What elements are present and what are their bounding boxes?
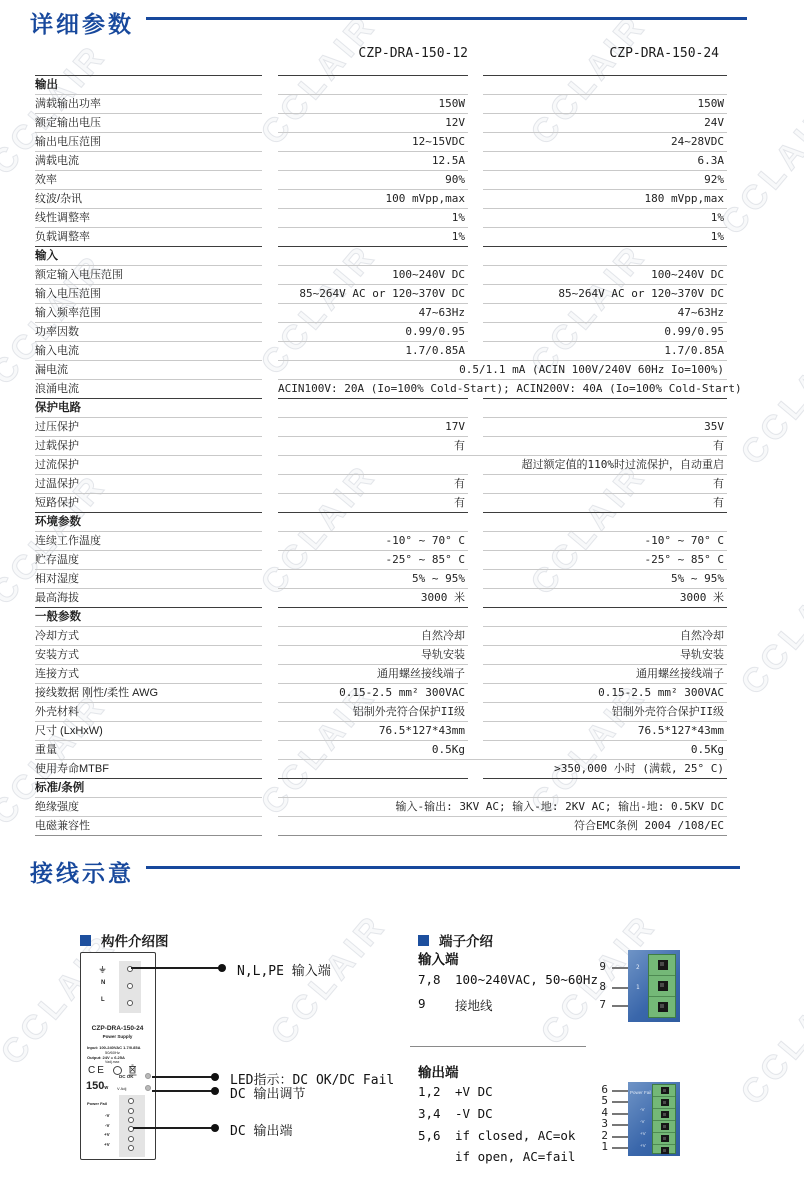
row-label: 输出 (35, 75, 262, 94)
row-value: 76.5*127*43mm (483, 721, 727, 740)
power-fail-label: Power Fail (87, 1101, 107, 1106)
row-value: 24~28VDC (483, 132, 727, 151)
row-value (483, 512, 727, 531)
row-value: 150W (278, 94, 468, 113)
ac-label-l: L (101, 997, 105, 1003)
row-value: 1% (278, 227, 468, 246)
row-label: 冷却方式 (35, 626, 262, 645)
section-title-wiring: 接线示意 (30, 855, 134, 888)
column-header-model-24: CZP-DRA-150-24 (483, 46, 719, 61)
row-value: 0.99/0.95 (278, 322, 468, 341)
row-value: 有 (483, 493, 727, 512)
row-label: 使用寿命MTBF (35, 759, 262, 778)
row-value: 76.5*127*43mm (278, 721, 468, 740)
dc-label: +V (104, 1142, 110, 1147)
row-value: 3000 米 (278, 588, 468, 607)
row-value: 35V (483, 417, 727, 436)
watermark-text: CCLAIR (263, 906, 395, 1052)
table-row: 功率因数0.99/0.950.99/0.95 (35, 322, 727, 341)
row-value: -25° ~ 85° C (483, 550, 727, 569)
table-row: 安装方式导轨安装导轨安装 (35, 645, 727, 664)
ac-terminal-screw (127, 983, 133, 989)
terminal-divider (410, 1046, 586, 1047)
row-value-span: ACIN100V: 20A (Io=100% Cold-Start); ACIN… (278, 379, 727, 398)
photo-pin-digit: 1 (636, 984, 640, 991)
blue-square-bullet-icon (80, 935, 91, 946)
table-row: 连接方式通用螺丝接线端子通用螺丝接线端子 (35, 664, 727, 683)
pin-numbers: 1,2 (418, 1084, 441, 1099)
table-row: 负载调整率1%1% (35, 227, 727, 246)
row-label: 绝缘强度 (35, 797, 262, 816)
callout-label: DC 输出调节 (230, 1083, 305, 1102)
row-value: -10° ~ 70° C (483, 531, 727, 550)
watermark-text: CCLAIR (733, 556, 804, 702)
pin-description: 100~240VAC, 50~60Hz (455, 972, 598, 987)
row-value: 100 mVpp,max (278, 189, 468, 208)
pin-description: +V DC (455, 1084, 493, 1099)
row-value: -10° ~ 70° C (278, 531, 468, 550)
row-label: 额定输入电压范围 (35, 265, 262, 284)
dc-terminal-screw (128, 1136, 134, 1142)
table-row: 冷却方式自然冷却自然冷却 (35, 626, 727, 645)
row-value: 92% (483, 170, 727, 189)
watermark-text: CCLAIR (733, 966, 804, 1112)
row-value-span: >350,000 小时 (满载, 25° C) (278, 759, 727, 778)
row-label: 功率因数 (35, 322, 262, 341)
callout-line (152, 1076, 215, 1078)
dc-ok-led-icon (145, 1073, 151, 1079)
table-row: 额定输入电压范围100~240V DC100~240V DC (35, 265, 727, 284)
table-row: 输入电流1.7/0.85A1.7/0.85A (35, 341, 727, 360)
table-row: 输入频率范围47~63Hz47~63Hz (35, 303, 727, 322)
terminal-block (652, 1084, 676, 1154)
row-value: 47~63Hz (278, 303, 468, 322)
terminal-block (648, 954, 676, 1018)
watermark-text: CCLAIR (733, 326, 804, 472)
ce-mark-icon: CE (88, 1065, 106, 1076)
pin-description: if open, AC=fail (455, 1149, 575, 1164)
callout-label: DC 输出端 (230, 1120, 292, 1139)
table-row: 纹波/杂讯100 mVpp,max180 mVpp,max (35, 189, 727, 208)
row-label: 标准/条例 (35, 778, 262, 797)
row-label: 尺寸 (LxHxW) (35, 721, 262, 740)
row-value: 自然冷却 (278, 626, 468, 645)
row-label: 满载电流 (35, 151, 262, 170)
callout-label: N,L,PE 输入端 (237, 960, 331, 979)
dc-label: -V (105, 1123, 110, 1128)
row-label: 过温保护 (35, 474, 262, 493)
pin-callout-number: 1 (594, 1140, 608, 1153)
earth-ground-icon (99, 966, 106, 973)
pin-numbers: 7,8 (418, 972, 441, 987)
row-value: 12.5A (278, 151, 468, 170)
subheading-component-label: 构件介绍图 (101, 930, 169, 950)
row-value: 100~240V DC (278, 265, 468, 284)
dc-terminal-screw (128, 1108, 134, 1114)
row-value (483, 778, 727, 797)
row-value: 90% (278, 170, 468, 189)
row-value: 1.7/0.85A (278, 341, 468, 360)
row-value-span: 输入-输出: 3KV AC; 输入-地: 2KV AC; 输出-地: 0.5KV… (278, 797, 727, 816)
photo-pin-label: -V (640, 1119, 645, 1124)
row-label: 纹波/杂讯 (35, 189, 262, 208)
table-row: 环境参数 (35, 512, 727, 531)
row-value: 0.15-2.5 mm² 300VAC (278, 683, 468, 702)
row-label: 接线数据 刚性/柔性 AWG (35, 683, 262, 702)
row-value: 1% (278, 208, 468, 227)
table-row: 过流保护超过额定值的110%时过流保护，自动重启 (35, 455, 727, 474)
row-value: 17V (278, 417, 468, 436)
table-row: 满载输出功率150W150W (35, 94, 727, 113)
table-row: 标准/条例 (35, 778, 727, 797)
v-adj-label: V Adj (117, 1086, 126, 1091)
row-value: 180 mVpp,max (483, 189, 727, 208)
row-label: 输入电压范围 (35, 284, 262, 303)
device-vadj-note: Vadj.max (105, 1060, 119, 1064)
row-value: 通用螺丝接线端子 (483, 664, 727, 683)
row-label: 输出电压范围 (35, 132, 262, 151)
row-value: 有 (278, 436, 468, 455)
row-value: 0.5Kg (278, 740, 468, 759)
callout-dot-icon (211, 1073, 219, 1081)
row-label: 线性调整率 (35, 208, 262, 227)
table-row: 过压保护17V35V (35, 417, 727, 436)
row-label: 效率 (35, 170, 262, 189)
row-value (278, 778, 468, 797)
output-terminal-heading: 输出端 (418, 1061, 459, 1081)
dc-label: -V (105, 1113, 110, 1118)
table-row: 漏电流0.5/1.1 mA (ACIN 100V/240V 60Hz Io=10… (35, 360, 727, 379)
dc-ok-label: DC OK (119, 1074, 134, 1079)
row-value: 85~264V AC or 120~370V DC (278, 284, 468, 303)
callout-dot-icon (218, 964, 226, 972)
row-value: 0.99/0.95 (483, 322, 727, 341)
row-value (483, 246, 727, 265)
row-value: 150W (483, 94, 727, 113)
ac-label-n: N (101, 980, 105, 986)
subheading-component-diagram: 构件介绍图 (80, 930, 169, 950)
row-value: 有 (278, 493, 468, 512)
row-value: 有 (483, 436, 727, 455)
row-value: 100~240V DC (483, 265, 727, 284)
section-title-detail-params: 详细参数 (30, 6, 134, 39)
v-adj-pot-icon (145, 1085, 151, 1091)
column-header-model-12: CZP-DRA-150-12 (278, 46, 468, 61)
callout-line (133, 1127, 215, 1129)
row-value: 有 (483, 474, 727, 493)
row-value: 1% (483, 227, 727, 246)
power-rating-value: 150 (86, 1080, 104, 1092)
row-value (483, 607, 727, 626)
row-label: 额定输出电压 (35, 113, 262, 132)
row-label: 外壳材料 (35, 702, 262, 721)
row-value: 6.3A (483, 151, 727, 170)
pin-description: if closed, AC=ok (455, 1128, 575, 1143)
row-value: 铝制外壳符合保护II级 (483, 702, 727, 721)
row-value (278, 246, 468, 265)
table-row: 过温保护有有 (35, 474, 727, 493)
pin-callout-number: 7 (592, 998, 606, 1011)
dc-label: +V (104, 1132, 110, 1137)
table-row: 过载保护有有 (35, 436, 727, 455)
row-label: 保护电路 (35, 398, 262, 417)
pin-description: 接地线 (455, 996, 493, 1014)
table-row: 保护电路 (35, 398, 727, 417)
input-terminal-photo: 2 1 (628, 950, 680, 1022)
row-label: 输入电流 (35, 341, 262, 360)
heading-rule (146, 17, 747, 20)
row-label: 输入 (35, 246, 262, 265)
row-value: 0.15-2.5 mm² 300VAC (483, 683, 727, 702)
row-label: 输入频率范围 (35, 303, 262, 322)
table-row: 绝缘强度输入-输出: 3KV AC; 输入-地: 2KV AC; 输出-地: 0… (35, 797, 727, 816)
row-value: 5% ~ 95% (483, 569, 727, 588)
pin-description: -V DC (455, 1106, 493, 1121)
spec-table: 输出满载输出功率150W150W额定输出电压12V24V输出电压范围12~15V… (35, 75, 727, 835)
row-label: 负载调整率 (35, 227, 262, 246)
row-value-span: 超过额定值的110%时过流保护，自动重启 (278, 455, 727, 474)
row-value: 24V (483, 113, 727, 132)
row-value: 导轨安装 (483, 645, 727, 664)
subheading-terminal-intro: 端子介绍 (418, 930, 493, 950)
callout-line (152, 1090, 215, 1092)
row-value: 1% (483, 208, 727, 227)
row-value (278, 75, 468, 94)
row-value: 12~15VDC (278, 132, 468, 151)
table-row: 效率90%92% (35, 170, 727, 189)
photo-pin-label: +V (640, 1143, 646, 1148)
ac-terminal-screw (127, 1000, 133, 1006)
table-row: 输入 (35, 246, 727, 265)
row-label: 贮存温度 (35, 550, 262, 569)
row-label: 满载输出功率 (35, 94, 262, 113)
row-label: 相对湿度 (35, 569, 262, 588)
photo-pin-label: Power Fail (630, 1090, 651, 1095)
pin-callout-number: 9 (592, 960, 606, 973)
device-model-label: CZP-DRA-150-24 (81, 1025, 154, 1032)
table-row: 外壳材料铝制外壳符合保护II级铝制外壳符合保护II级 (35, 702, 727, 721)
row-label: 最高海拔 (35, 588, 262, 607)
callout-dot-icon (211, 1087, 219, 1095)
table-row: 重量0.5Kg0.5Kg (35, 740, 727, 759)
row-value: 47~63Hz (483, 303, 727, 322)
row-label: 过流保护 (35, 455, 262, 474)
row-value: 铝制外壳符合保护II级 (278, 702, 468, 721)
table-row: 电磁兼容性符合EMC条例 2004 /108/EC (35, 816, 727, 835)
photo-pin-digit: 2 (636, 964, 640, 971)
dc-terminal-screw (128, 1117, 134, 1123)
table-row: 一般参数 (35, 607, 727, 626)
row-value: 导轨安装 (278, 645, 468, 664)
pin-numbers: 5,6 (418, 1128, 441, 1143)
table-row: 接线数据 刚性/柔性 AWG0.15-2.5 mm² 300VAC0.15-2.… (35, 683, 727, 702)
row-value: 通用螺丝接线端子 (278, 664, 468, 683)
table-row: 输入电压范围85~264V AC or 120~370V DC85~264V A… (35, 284, 727, 303)
row-value (278, 607, 468, 626)
row-label: 环境参数 (35, 512, 262, 531)
row-value: 3000 米 (483, 588, 727, 607)
subheading-terminal-label: 端子介绍 (439, 930, 493, 950)
pin-numbers: 3,4 (418, 1106, 441, 1121)
row-label: 过压保护 (35, 417, 262, 436)
row-label: 短路保护 (35, 493, 262, 512)
table-row: 额定输出电压12V24V (35, 113, 727, 132)
table-row: 最高海拔3000 米3000 米 (35, 588, 727, 607)
row-value (483, 398, 727, 417)
row-label: 浪涌电流 (35, 379, 262, 398)
photo-pin-label: -V (640, 1107, 645, 1112)
power-rating-unit: w (104, 1085, 108, 1091)
table-row: 相对湿度5% ~ 95%5% ~ 95% (35, 569, 727, 588)
datasheet-page: CCLAIRCCLAIRCCLAIRCCLAIRCCLAIRCCLAIRCCLA… (0, 0, 804, 1187)
table-row: 贮存温度-25° ~ 85° C-25° ~ 85° C (35, 550, 727, 569)
dc-terminal-screw (128, 1145, 134, 1151)
row-label: 连接方式 (35, 664, 262, 683)
row-value: 85~264V AC or 120~370V DC (483, 284, 727, 303)
row-label: 连续工作温度 (35, 531, 262, 550)
table-row: 短路保护有有 (35, 493, 727, 512)
row-label: 重量 (35, 740, 262, 759)
row-label: 安装方式 (35, 645, 262, 664)
row-value-span: 符合EMC条例 2004 /108/EC (278, 816, 727, 836)
table-row: 线性调整率1%1% (35, 208, 727, 227)
table-row: 连续工作温度-10° ~ 70° C-10° ~ 70° C (35, 531, 727, 550)
row-label: 电磁兼容性 (35, 816, 262, 836)
row-label: 一般参数 (35, 607, 262, 626)
row-label: 过载保护 (35, 436, 262, 455)
heading-rule-2 (146, 866, 740, 869)
callout-dot-icon (211, 1124, 219, 1132)
row-value (278, 398, 468, 417)
row-value: -25° ~ 85° C (278, 550, 468, 569)
row-value (278, 512, 468, 531)
pin-callout-number: 8 (592, 980, 606, 993)
row-value: 1.7/0.85A (483, 341, 727, 360)
table-row: 满载电流12.5A6.3A (35, 151, 727, 170)
blue-square-bullet-icon (418, 935, 429, 946)
table-row: 使用寿命MTBF>350,000 小时 (满载, 25° C) (35, 759, 727, 778)
row-value: 有 (278, 474, 468, 493)
table-row: 输出电压范围12~15VDC24~28VDC (35, 132, 727, 151)
table-row: 输出 (35, 75, 727, 94)
table-row: 尺寸 (LxHxW)76.5*127*43mm76.5*127*43mm (35, 721, 727, 740)
output-terminal-photo: Power Fail -V -V +V +V (628, 1082, 680, 1156)
callout-line (131, 967, 222, 969)
table-row: 浪涌电流ACIN100V: 20A (Io=100% Cold-Start); … (35, 379, 727, 398)
row-label: 漏电流 (35, 360, 262, 379)
dc-terminal-screw (128, 1098, 134, 1104)
power-rating-label: 150w (86, 1080, 108, 1092)
photo-pin-label: +V (640, 1131, 646, 1136)
input-terminal-heading: 输入端 (418, 948, 459, 968)
row-value: 5% ~ 95% (278, 569, 468, 588)
row-value: 12V (278, 113, 468, 132)
row-value: 自然冷却 (483, 626, 727, 645)
row-value (483, 75, 727, 94)
device-subtitle-label: Power Supply (81, 1034, 154, 1039)
row-value-span: 0.5/1.1 mA (ACIN 100V/240V 60Hz Io=100%) (278, 360, 727, 379)
power-supply-drawing: N L CZP-DRA-150-24 Power Supply Input: 1… (80, 952, 156, 1160)
row-value: 0.5Kg (483, 740, 727, 759)
pin-numbers: 9 (418, 996, 426, 1011)
